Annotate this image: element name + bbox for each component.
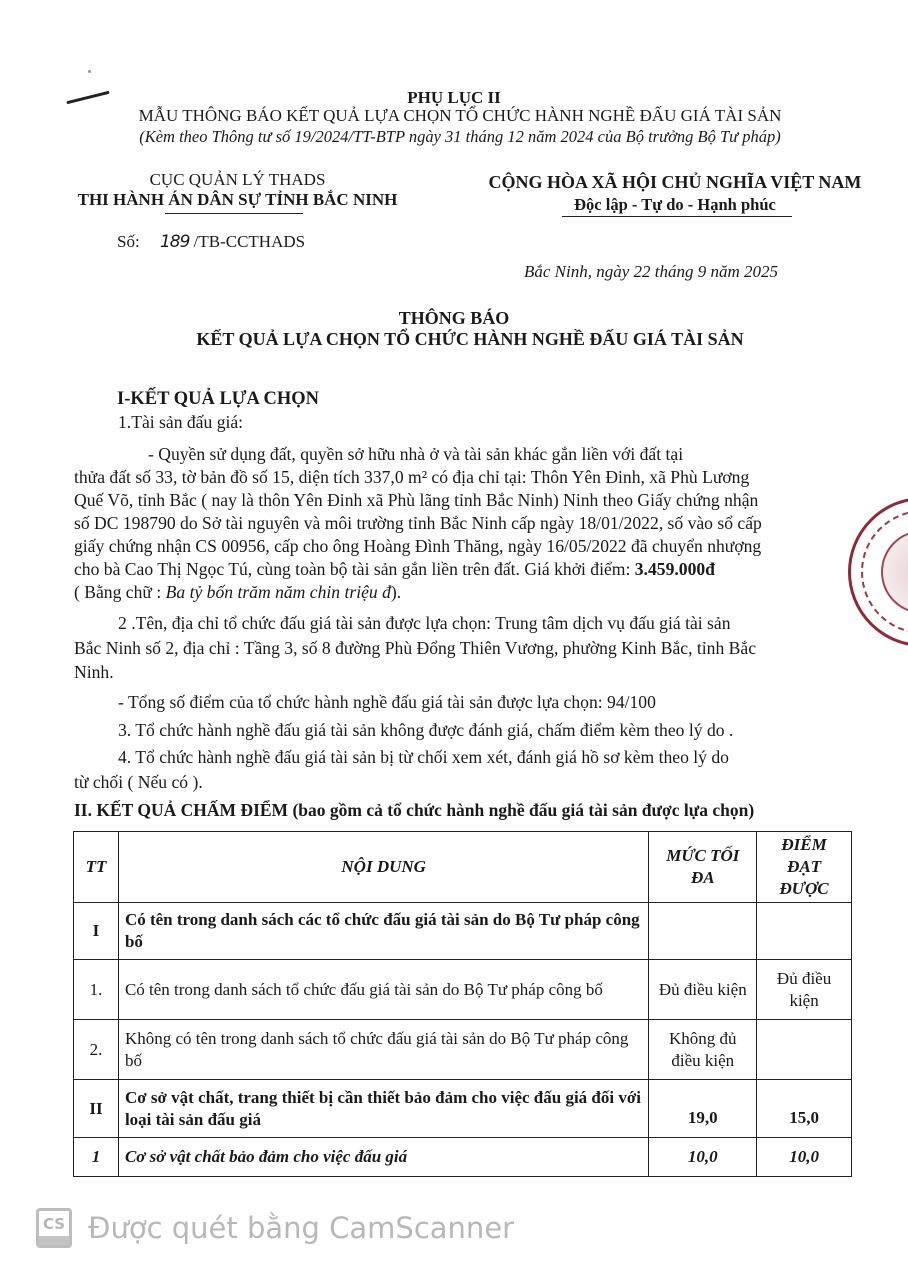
item2-line: Bắc Ninh số 2, địa chỉ : Tầng 3, số 8 đư… (74, 637, 756, 659)
asset-line: thửa đất số 33, tờ bản đồ số 15, diện tí… (74, 466, 749, 488)
row-score: Đủ điều kiện (757, 960, 852, 1020)
row-content: Có tên trong danh sách tổ chức đấu giá t… (118, 960, 648, 1020)
row-max: Đủ điều kiện (649, 960, 757, 1020)
item4-line: 4. Tổ chức hành nghề đấu giá tài sản bị … (118, 746, 729, 768)
row-max (649, 903, 757, 960)
issuer-line1: CỤC QUẢN LÝ THADS (60, 170, 415, 190)
row-content: Cơ sở vật chất, trang thiết bị cần thiết… (118, 1080, 648, 1138)
header-content: NỘI DUNG (118, 832, 648, 903)
appendix-reference: (Kèm theo Thông tư số 19/2024/TT-BTP ngà… (60, 127, 860, 147)
row-tt: 2. (74, 1020, 119, 1080)
row-tt: I (74, 903, 119, 960)
asset-line: giấy chứng nhận CS 00956, cấp cho ông Ho… (74, 535, 761, 557)
header-tt: TT (74, 832, 119, 903)
in-words-value: Ba tỷ bốn trăm năm chin triệu đ (166, 582, 391, 602)
camscanner-logo-icon: CS (36, 1208, 72, 1248)
camscanner-logo-text: CS (39, 1211, 69, 1236)
asset-line: Quế Võ, tỉnh Bắc ( nay là thôn Yên Đinh … (74, 489, 758, 511)
table-header-row: TT NỘI DUNG MỨC TỐI ĐA ĐIỂM ĐẠT ĐƯỢC (74, 832, 852, 903)
header-max: MỨC TỐI ĐA (649, 832, 757, 903)
scan-speck (88, 70, 91, 73)
row-tt: 1. (74, 960, 119, 1020)
number-suffix: /TB-CCTHADS (194, 232, 305, 251)
item3-line: 3. Tổ chức hành nghề đấu giá tài sản khô… (118, 719, 733, 741)
number-label: Số: (117, 232, 140, 251)
issuer-line2: THI HÀNH ÁN DÂN SỰ TỈNH BẮC NINH (60, 190, 415, 210)
appendix-title: PHỤ LỤC II (0, 88, 908, 108)
header-score: ĐIỂM ĐẠT ĐƯỢC (757, 832, 852, 903)
asset-price-line: cho bà Cao Thị Ngọc Tú, cùng toàn bộ tài… (74, 558, 715, 580)
row-max: 10,0 (649, 1138, 757, 1177)
row-content: Không có tên trong danh sách tổ chức đấu… (118, 1020, 648, 1080)
asset-line: - Quyền sử dụng đất, quyền sở hữu nhà ở … (148, 443, 683, 465)
official-seal-icon (848, 497, 908, 647)
row-score: 15,0 (757, 1080, 852, 1138)
camscanner-watermark: CS Được quét bằng CamScanner (36, 1208, 514, 1248)
section1-heading: I-KẾT QUẢ LỰA CHỌN (117, 389, 319, 410)
starting-price: 3.459.000đ (635, 559, 715, 579)
row-content: Có tên trong danh sách các tổ chức đấu g… (118, 903, 648, 960)
row-score (757, 903, 852, 960)
document-number: Số: 189 /TB-CCTHADS (117, 232, 305, 252)
appendix-subtitle: MẪU THÔNG BÁO KẾT QUẢ LỰA CHỌN TỔ CHỨC H… (60, 106, 860, 126)
score-table: TT NỘI DUNG MỨC TỐI ĐA ĐIỂM ĐẠT ĐƯỢC I C… (73, 831, 852, 1177)
notice-subtitle: KẾT QUẢ LỰA CHỌN TỔ CHỨC HÀNH NGHỀ ĐẤU G… (40, 329, 900, 350)
row-max: Không đủ điều kiện (649, 1020, 757, 1080)
row-score: 10,0 (757, 1138, 852, 1177)
row-tt: 1 (74, 1138, 119, 1177)
table-row: 1. Có tên trong danh sách tổ chức đấu gi… (74, 960, 852, 1020)
row-content: Cơ sở vật chất bảo đảm cho việc đấu giá (118, 1138, 648, 1177)
in-words-suffix: ). (391, 582, 401, 602)
in-words-prefix: ( Bằng chữ : (74, 582, 166, 602)
total-score-line: - Tổng số điểm của tổ chức hành nghề đấu… (118, 691, 656, 713)
national-motto: Độc lập - Tự do - Hạnh phúc (465, 195, 885, 215)
section2-heading: II. KẾT QUẢ CHẤM ĐIỂM (bao gồm cả tổ chứ… (74, 800, 754, 821)
item2-line: Ninh. (74, 661, 114, 683)
table-row: I Có tên trong danh sách các tổ chức đấu… (74, 903, 852, 960)
item1-label: 1.Tài sản đấu giá: (118, 411, 243, 433)
row-max: 19,0 (649, 1080, 757, 1138)
table-row: 1 Cơ sở vật chất bảo đảm cho việc đấu gi… (74, 1138, 852, 1177)
table-row: II Cơ sở vật chất, trang thiết bị cần th… (74, 1080, 852, 1138)
issuer-underline (165, 213, 303, 214)
item4-line: từ chối ( Nếu có ). (74, 771, 203, 793)
row-score (757, 1020, 852, 1080)
price-in-words: ( Bằng chữ : Ba tỷ bốn trăm năm chin tri… (74, 581, 401, 603)
place-date: Bắc Ninh, ngày 22 tháng 9 năm 2025 (524, 262, 778, 282)
motto-underline (562, 216, 792, 217)
item2-line: 2 .Tên, địa chỉ tổ chức đấu giá tài sản … (118, 612, 731, 634)
row-tt: II (74, 1080, 119, 1138)
national-title: CỘNG HÒA XÃ HỘI CHỦ NGHĨA VIỆT NAM (465, 172, 885, 193)
asset-price-prefix: cho bà Cao Thị Ngọc Tú, cùng toàn bộ tài… (74, 559, 635, 579)
number-handwritten: 189 (160, 232, 189, 252)
watermark-text: Được quét bằng CamScanner (88, 1211, 514, 1245)
asset-line: số DC 198790 do Sở tài nguyên và môi trư… (74, 512, 762, 534)
table-row: 2. Không có tên trong danh sách tổ chức … (74, 1020, 852, 1080)
notice-title: THÔNG BÁO (0, 308, 908, 329)
